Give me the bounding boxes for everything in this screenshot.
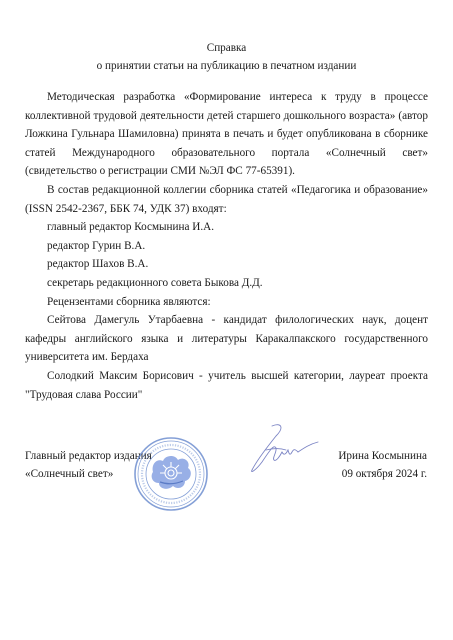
signatory-name-block: Ирина Космынина 09 октября 2024 г.	[338, 447, 427, 483]
intro-paragraph: Методическая разработка «Формирование ин…	[25, 88, 428, 181]
reviewer-2: Солодкий Максим Борисович - учитель высш…	[25, 367, 428, 404]
board-member-chief-editor: главный редактор Космынина И.А.	[25, 218, 428, 237]
reviewers-intro: Рецензентами сборника являются:	[25, 293, 428, 312]
document-title: Справка	[0, 41, 453, 55]
document-body: Методическая разработка «Формирование ин…	[25, 88, 428, 404]
board-member-editor-1: редактор Гурин В.А.	[25, 237, 428, 256]
handwritten-signature-icon	[244, 420, 324, 474]
board-intro-paragraph: В состав редакционной коллегии сборника …	[25, 181, 428, 218]
document-subtitle: о принятии статьи на публикацию в печатн…	[0, 59, 453, 73]
document-page: Справка о принятии статьи на публикацию …	[0, 0, 453, 640]
document-date: 09 октября 2024 г.	[338, 465, 427, 483]
reviewer-1: Сейтова Дамегуль Утарбаевна - кандидат ф…	[25, 311, 428, 367]
board-member-secretary: секретарь редакционного совета Быкова Д.…	[25, 274, 428, 293]
board-member-editor-2: редактор Шахов В.А.	[25, 255, 428, 274]
official-stamp-icon	[133, 434, 209, 514]
signatory-name: Ирина Космынина	[338, 447, 427, 465]
